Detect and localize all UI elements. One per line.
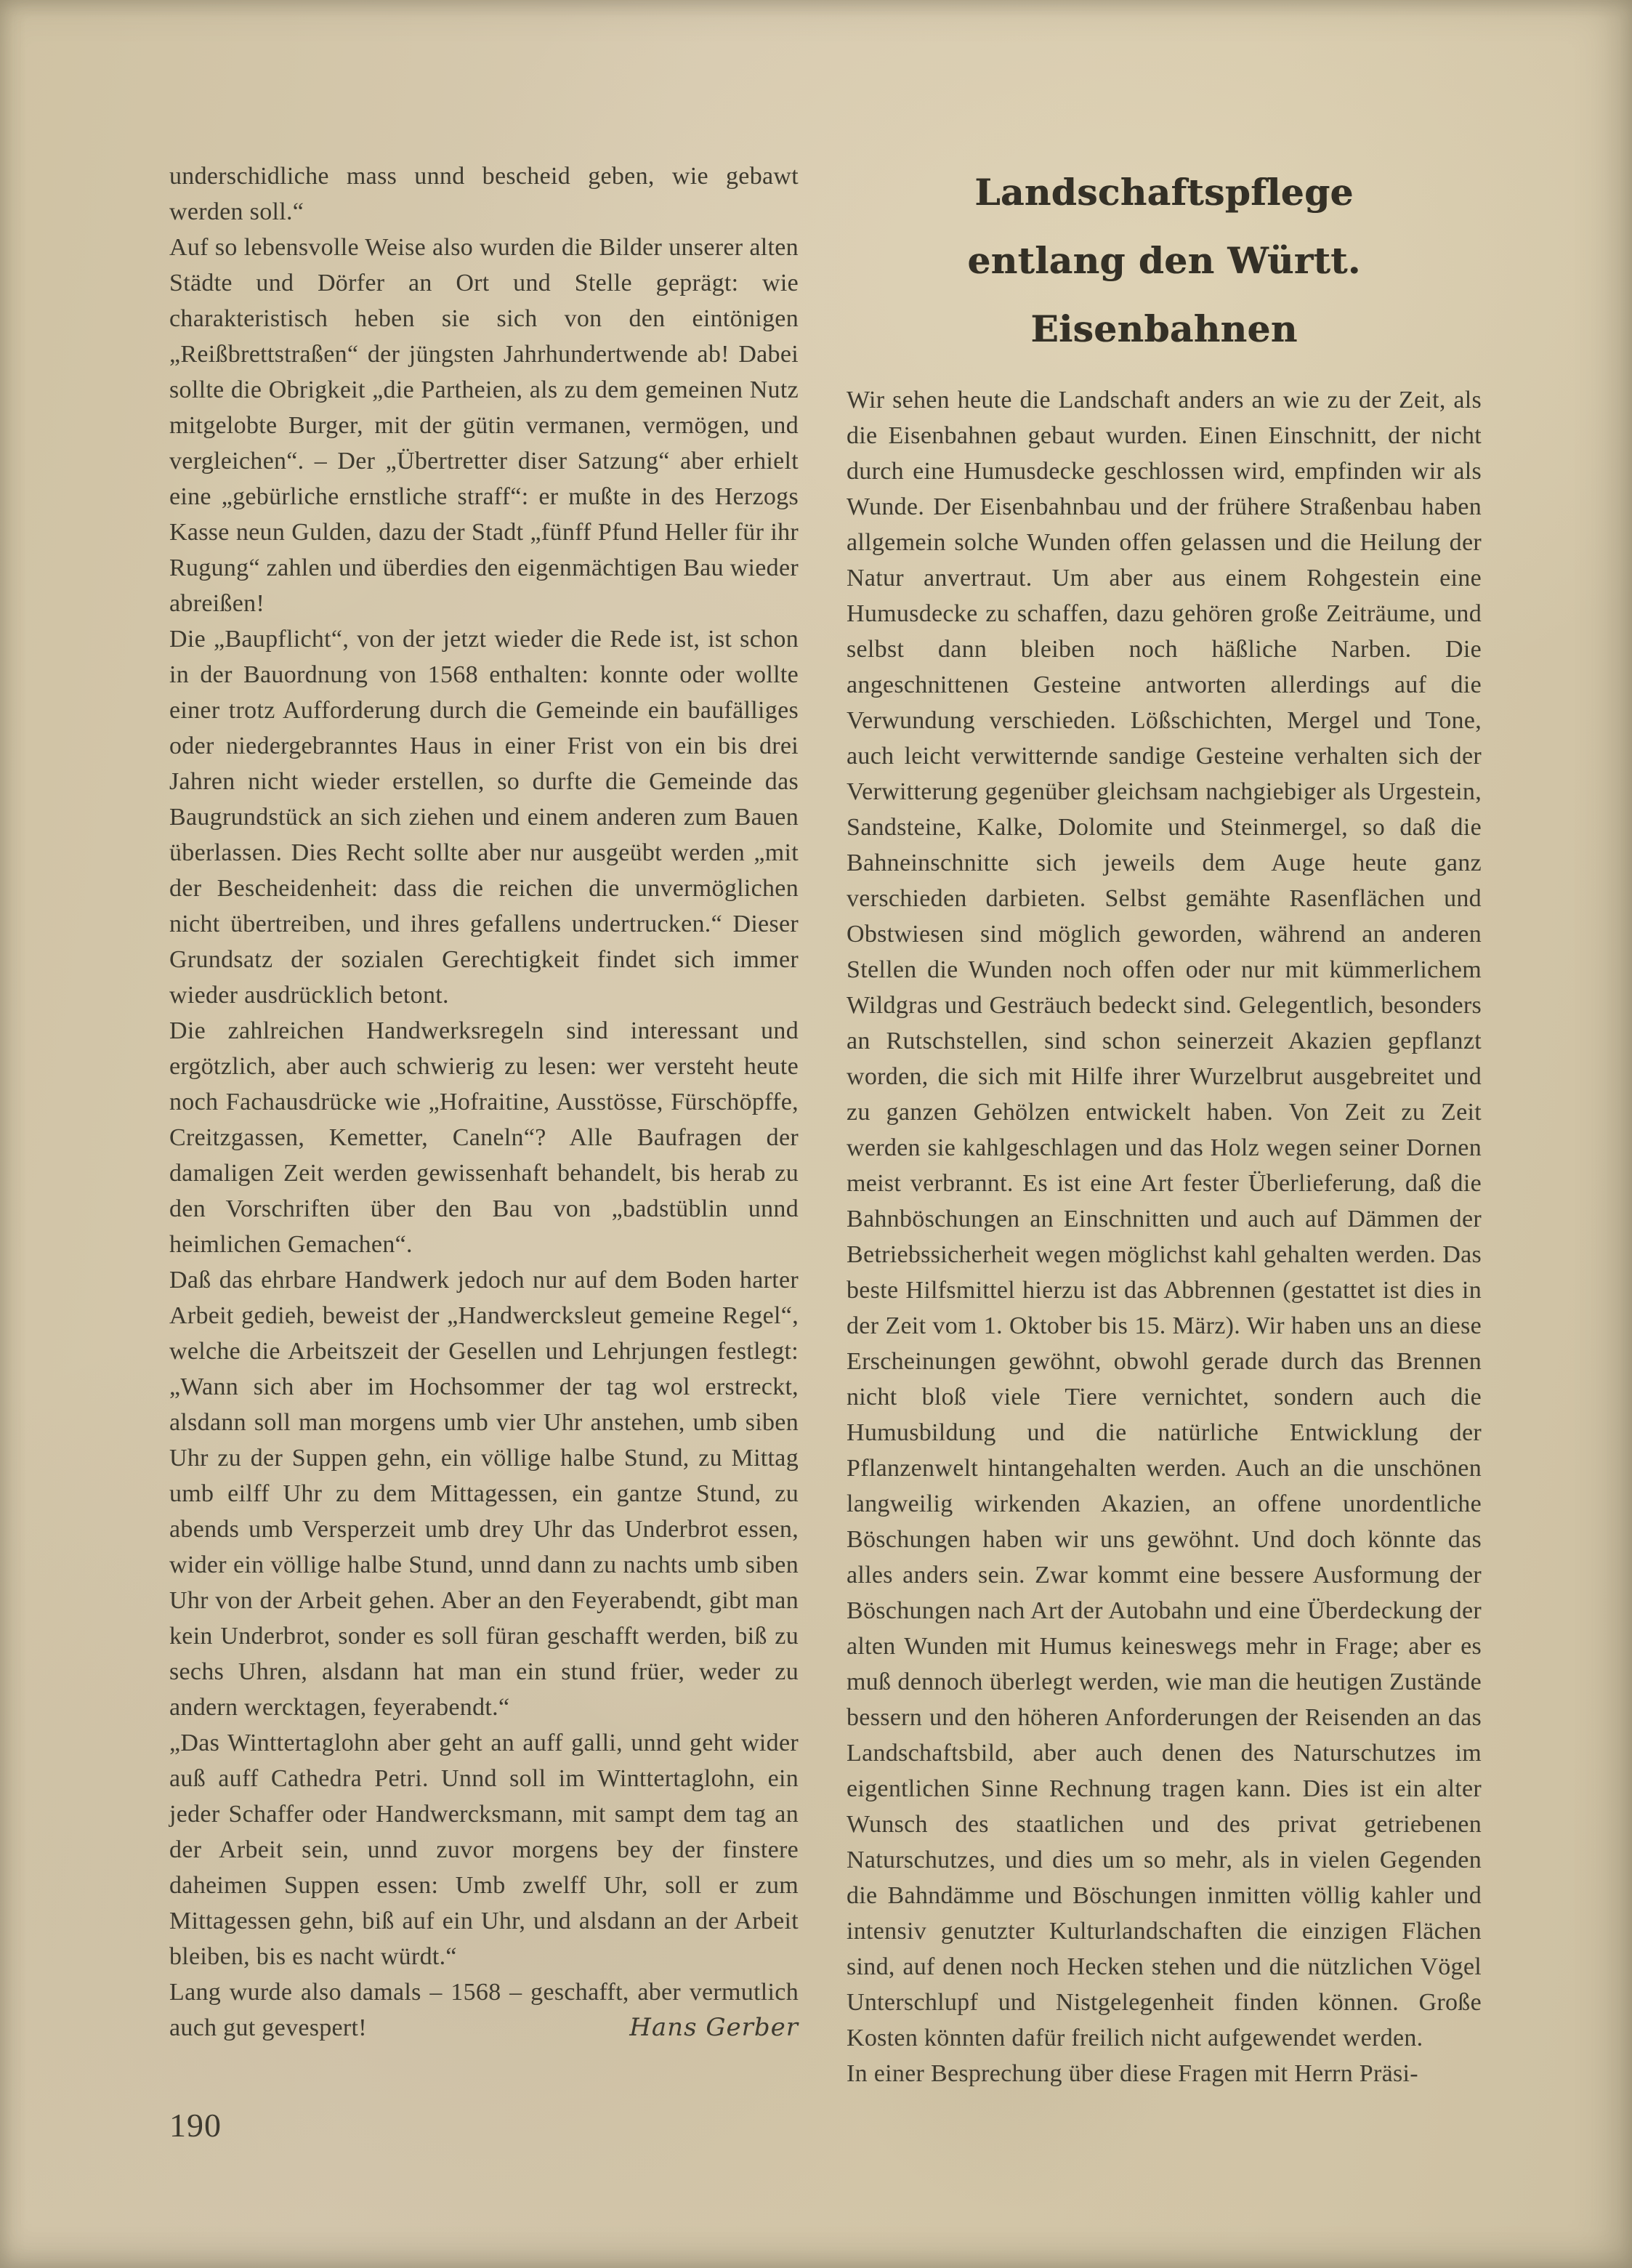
page-content: underschidliche mass unnd bescheid geben… xyxy=(169,158,1482,2091)
paragraph: Die „Baupflicht“, von der jetzt wieder d… xyxy=(169,621,799,1013)
closing-paragraph: Lang wurde also damals – 1568 – geschaff… xyxy=(169,1974,799,2046)
paragraph: Die zahlreichen Handwerksregeln sind int… xyxy=(169,1013,799,1262)
page-number: 190 xyxy=(169,2106,222,2144)
left-column: underschidliche mass unnd bescheid geben… xyxy=(169,158,799,2091)
paragraph: Daß das ehrbare Handwerk jedoch nur auf … xyxy=(169,1262,799,1725)
right-column: Landschaftspflege entlang den Württ. Eis… xyxy=(847,158,1482,2091)
article-title: Landschaftspflege entlang den Württ. Eis… xyxy=(847,158,1482,363)
scanned-page: underschidliche mass unnd bescheid geben… xyxy=(0,0,1632,2268)
paragraph: Auf so lebensvolle Weise also wurden die… xyxy=(169,230,799,621)
paragraph: Wir sehen heute die Landschaft anders an… xyxy=(847,382,1482,2056)
author-signature: Hans Gerber xyxy=(629,2010,799,2046)
article-title-line-2: entlang den Württ. Eisenbahnen xyxy=(847,227,1482,363)
paragraph: „Das Winttertaglohn aber geht an auff ga… xyxy=(169,1725,799,1974)
paragraph: underschidliche mass unnd bescheid geben… xyxy=(169,158,799,230)
article-title-line-1: Landschaftspflege xyxy=(847,158,1482,227)
paragraph: In einer Besprechung über diese Fragen m… xyxy=(847,2056,1482,2091)
